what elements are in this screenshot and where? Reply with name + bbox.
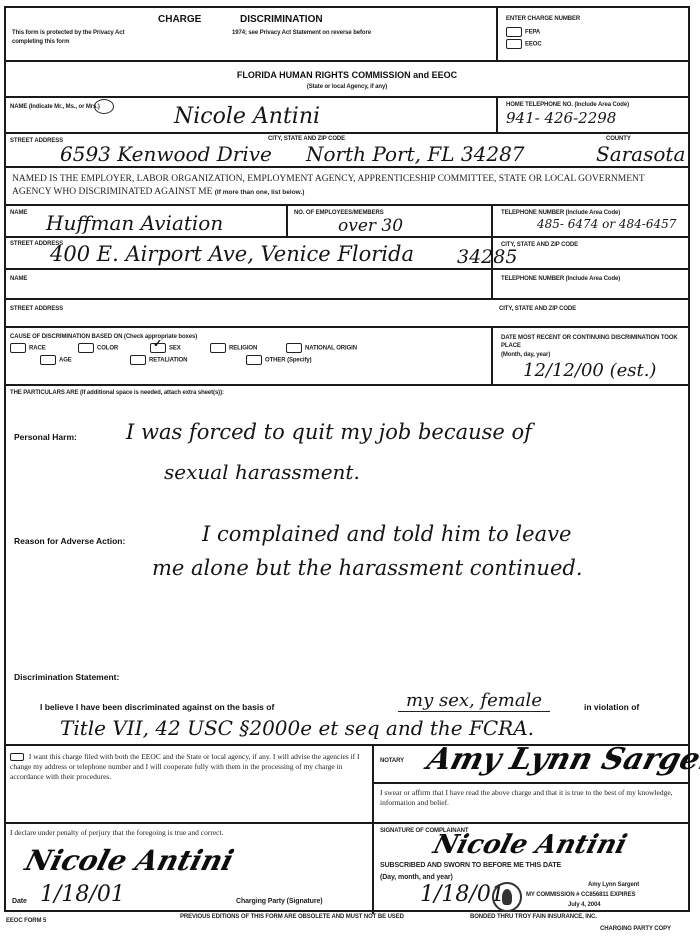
privacy-note-left: This form is protected by the Privacy Ac…	[12, 30, 124, 36]
subscribed-format: (Day, month, and year)	[380, 874, 453, 881]
statement-basis-value[interactable]: my sex, female	[398, 690, 550, 712]
filing-statement: I want this charge filed with both the E…	[10, 752, 366, 782]
complainant-signature-right[interactable]: Nicole Antini	[430, 830, 630, 860]
adverse-action-line2[interactable]: me alone but the harassment continued.	[152, 556, 583, 580]
discrimination-title: DISCRIMINATION	[240, 14, 323, 25]
agency-option-eeoc[interactable]: EEOC	[506, 39, 542, 49]
religion-checkbox[interactable]	[210, 343, 226, 353]
signature-row: I declare under penalty of perjury that …	[6, 824, 688, 914]
notary-commission: MY COMMISSION # CC856811 EXPIRES	[526, 892, 635, 898]
agency-row: FLORIDA HUMAN RIGHTS COMMISSION and EEOC…	[6, 62, 688, 98]
named-statement-row: NAMED IS THE EMPLOYER, LABOR ORGANIZATIO…	[6, 168, 688, 206]
notary-seal-icon	[492, 882, 522, 912]
basis-label: CAUSE OF DISCRIMINATION BASED ON (Check …	[10, 334, 197, 340]
retaliation-checkbox[interactable]	[130, 355, 146, 365]
respondent-phone-label: TELEPHONE NUMBER (Include Area Code)	[501, 210, 620, 216]
perjury-statement: I declare under penalty of perjury that …	[10, 828, 223, 837]
employees-value[interactable]: over 30	[338, 216, 403, 236]
particulars-label: THE PARTICULARS ARE (If additional space…	[10, 390, 224, 396]
complainant-signature-left[interactable]: Nicole Antini	[22, 844, 238, 877]
date-most-recent-label: DATE MOST RECENT OR CONTINUING DISCRIMIN…	[501, 334, 681, 350]
statement-line2[interactable]: Title VII, 42 USC §2000e et seq and the …	[60, 716, 534, 740]
copy-label: CHARGING PARTY COPY	[600, 926, 671, 932]
street-address-value[interactable]: 6593 Kenwood Drive	[60, 142, 272, 166]
respondent2-phone-label: TELEPHONE NUMBER (Include Area Code)	[501, 276, 620, 282]
street-address-label: STREET ADDRESS	[10, 138, 63, 144]
salutation-circle	[94, 99, 114, 114]
other-checkbox[interactable]	[246, 355, 262, 365]
privacy-note-left-2: completing this form	[12, 39, 69, 45]
agency-option-fepa[interactable]: FEPA	[506, 27, 540, 37]
eeoc-charge-form: CHARGE DISCRIMINATION This form is prote…	[4, 6, 690, 912]
fepa-checkbox[interactable]	[506, 27, 522, 37]
personal-harm-line2[interactable]: sexual harassment.	[164, 460, 360, 484]
discrimination-statement-label: Discrimination Statement:	[14, 672, 119, 682]
charge-number-label: ENTER CHARGE NUMBER	[506, 16, 580, 22]
notary-name: Amy Lynn Sargent	[588, 882, 639, 888]
personal-harm-line1[interactable]: I was forced to quit my job because of	[126, 420, 532, 444]
discrimination-basis-row: CAUSE OF DISCRIMINATION BASED ON (Check …	[6, 328, 688, 386]
eeoc-checkbox[interactable]	[506, 39, 522, 49]
respondent2-name-row: NAME TELEPHONE NUMBER (Include Area Code…	[6, 270, 688, 300]
respondent-city-value[interactable]: 34285	[457, 246, 517, 268]
named-statement: NAMED IS THE EMPLOYER, LABOR ORGANIZATIO…	[12, 173, 682, 199]
privacy-note-right: 1974; see Privacy Act Statement on rever…	[232, 30, 371, 36]
date-value[interactable]: 1/18/01	[40, 882, 125, 907]
respondent-name-label: NAME	[10, 210, 27, 216]
personal-harm-label: Personal Harm:	[14, 432, 77, 442]
complainant-name-label: NAME (Indicate Mr., Ms., or Mrs.)	[10, 104, 100, 110]
affirm-statement: I swear or affirm that I have read the a…	[380, 788, 680, 808]
complainant-address-row: STREET ADDRESS 6593 Kenwood Drive CITY, …	[6, 134, 688, 168]
notary-label: NOTARY	[380, 758, 404, 764]
bonding-note: BONDED THRU TROY FAIN INSURANCE, INC.	[470, 914, 597, 920]
complainant-phone-value[interactable]: 941- 426-2298	[506, 109, 616, 127]
basis-option-retaliation[interactable]: RETALIATION	[130, 355, 187, 365]
agency-subtitle: (State or local Agency, if any)	[6, 84, 688, 90]
county-value[interactable]: Sarasota	[596, 142, 685, 166]
form-header: CHARGE DISCRIMINATION This form is prote…	[6, 8, 688, 62]
basis-option-other[interactable]: OTHER (Specify)	[246, 355, 312, 365]
statement-suffix: in violation of	[584, 702, 639, 712]
notary-signature: Amy Lynn Sargent	[423, 742, 700, 777]
complainant-phone-label: HOME TELEPHONE NO. (Include Area Code)	[506, 102, 629, 108]
date-most-recent-value[interactable]: 12/12/00 (est.)	[523, 360, 656, 381]
respondent-address-row: STREET ADDRESS 400 E. Airport Ave, Venic…	[6, 238, 688, 270]
basis-option-color[interactable]: COLOR	[78, 343, 118, 353]
subscribed-text: SUBSCRIBED AND SWORN TO BEFORE ME THIS D…	[380, 862, 561, 869]
date-label: Date	[12, 898, 27, 905]
respondent2-city-label: CITY, STATE AND ZIP CODE	[499, 306, 576, 312]
national-origin-checkbox[interactable]	[286, 343, 302, 353]
sex-checkbox[interactable]	[150, 343, 166, 353]
adverse-action-label: Reason for Adverse Action:	[14, 536, 125, 546]
charge-title: CHARGE	[158, 14, 201, 25]
respondent2-street-label: STREET ADDRESS	[10, 306, 63, 312]
date-format-hint: (Month, day, year)	[501, 352, 550, 358]
complainant-name-row: NAME (Indicate Mr., Ms., or Mrs.) Nicole…	[6, 98, 688, 134]
previous-editions-note: PREVIOUS EDITIONS OF THIS FORM ARE OBSOL…	[180, 914, 404, 920]
respondent-name-row: NAME Huffman Aviation NO. OF EMPLOYEES/M…	[6, 206, 688, 238]
basis-option-religion[interactable]: RELIGION	[210, 343, 257, 353]
race-checkbox[interactable]	[10, 343, 26, 353]
basis-option-age[interactable]: AGE	[40, 355, 72, 365]
file-both-agencies-checkbox[interactable]	[10, 753, 24, 761]
respondent-name-value[interactable]: Huffman Aviation	[46, 211, 223, 235]
charging-party-label: Charging Party (Signature)	[236, 898, 322, 905]
adverse-action-line1[interactable]: I complained and told him to leave	[202, 522, 571, 546]
filing-row: I want this charge filed with both the E…	[6, 746, 688, 824]
form-id: EEOC FORM 5	[6, 918, 46, 924]
agency-title: FLORIDA HUMAN RIGHTS COMMISSION and EEOC	[6, 70, 688, 80]
notary-expires: July 4, 2004	[568, 902, 601, 908]
particulars-section: THE PARTICULARS ARE (If additional space…	[6, 386, 688, 746]
complainant-name-value[interactable]: Nicole Antini	[174, 104, 320, 129]
respondent2-address-row: STREET ADDRESS CITY, STATE AND ZIP CODE	[6, 300, 688, 328]
age-checkbox[interactable]	[40, 355, 56, 365]
respondent-phone-value[interactable]: 485- 6474 or 484-6457	[537, 217, 676, 231]
respondent-street-value[interactable]: 400 E. Airport Ave, Venice Florida	[50, 242, 414, 266]
city-state-zip-value[interactable]: North Port, FL 34287	[306, 142, 525, 166]
basis-option-national-origin[interactable]: NATIONAL ORIGIN	[286, 343, 357, 353]
statement-prefix: I believe I have been discriminated agai…	[40, 702, 274, 712]
respondent2-name-label: NAME	[10, 276, 27, 282]
basis-option-sex[interactable]: SEX	[150, 343, 181, 353]
color-checkbox[interactable]	[78, 343, 94, 353]
basis-option-race[interactable]: RACE	[10, 343, 46, 353]
